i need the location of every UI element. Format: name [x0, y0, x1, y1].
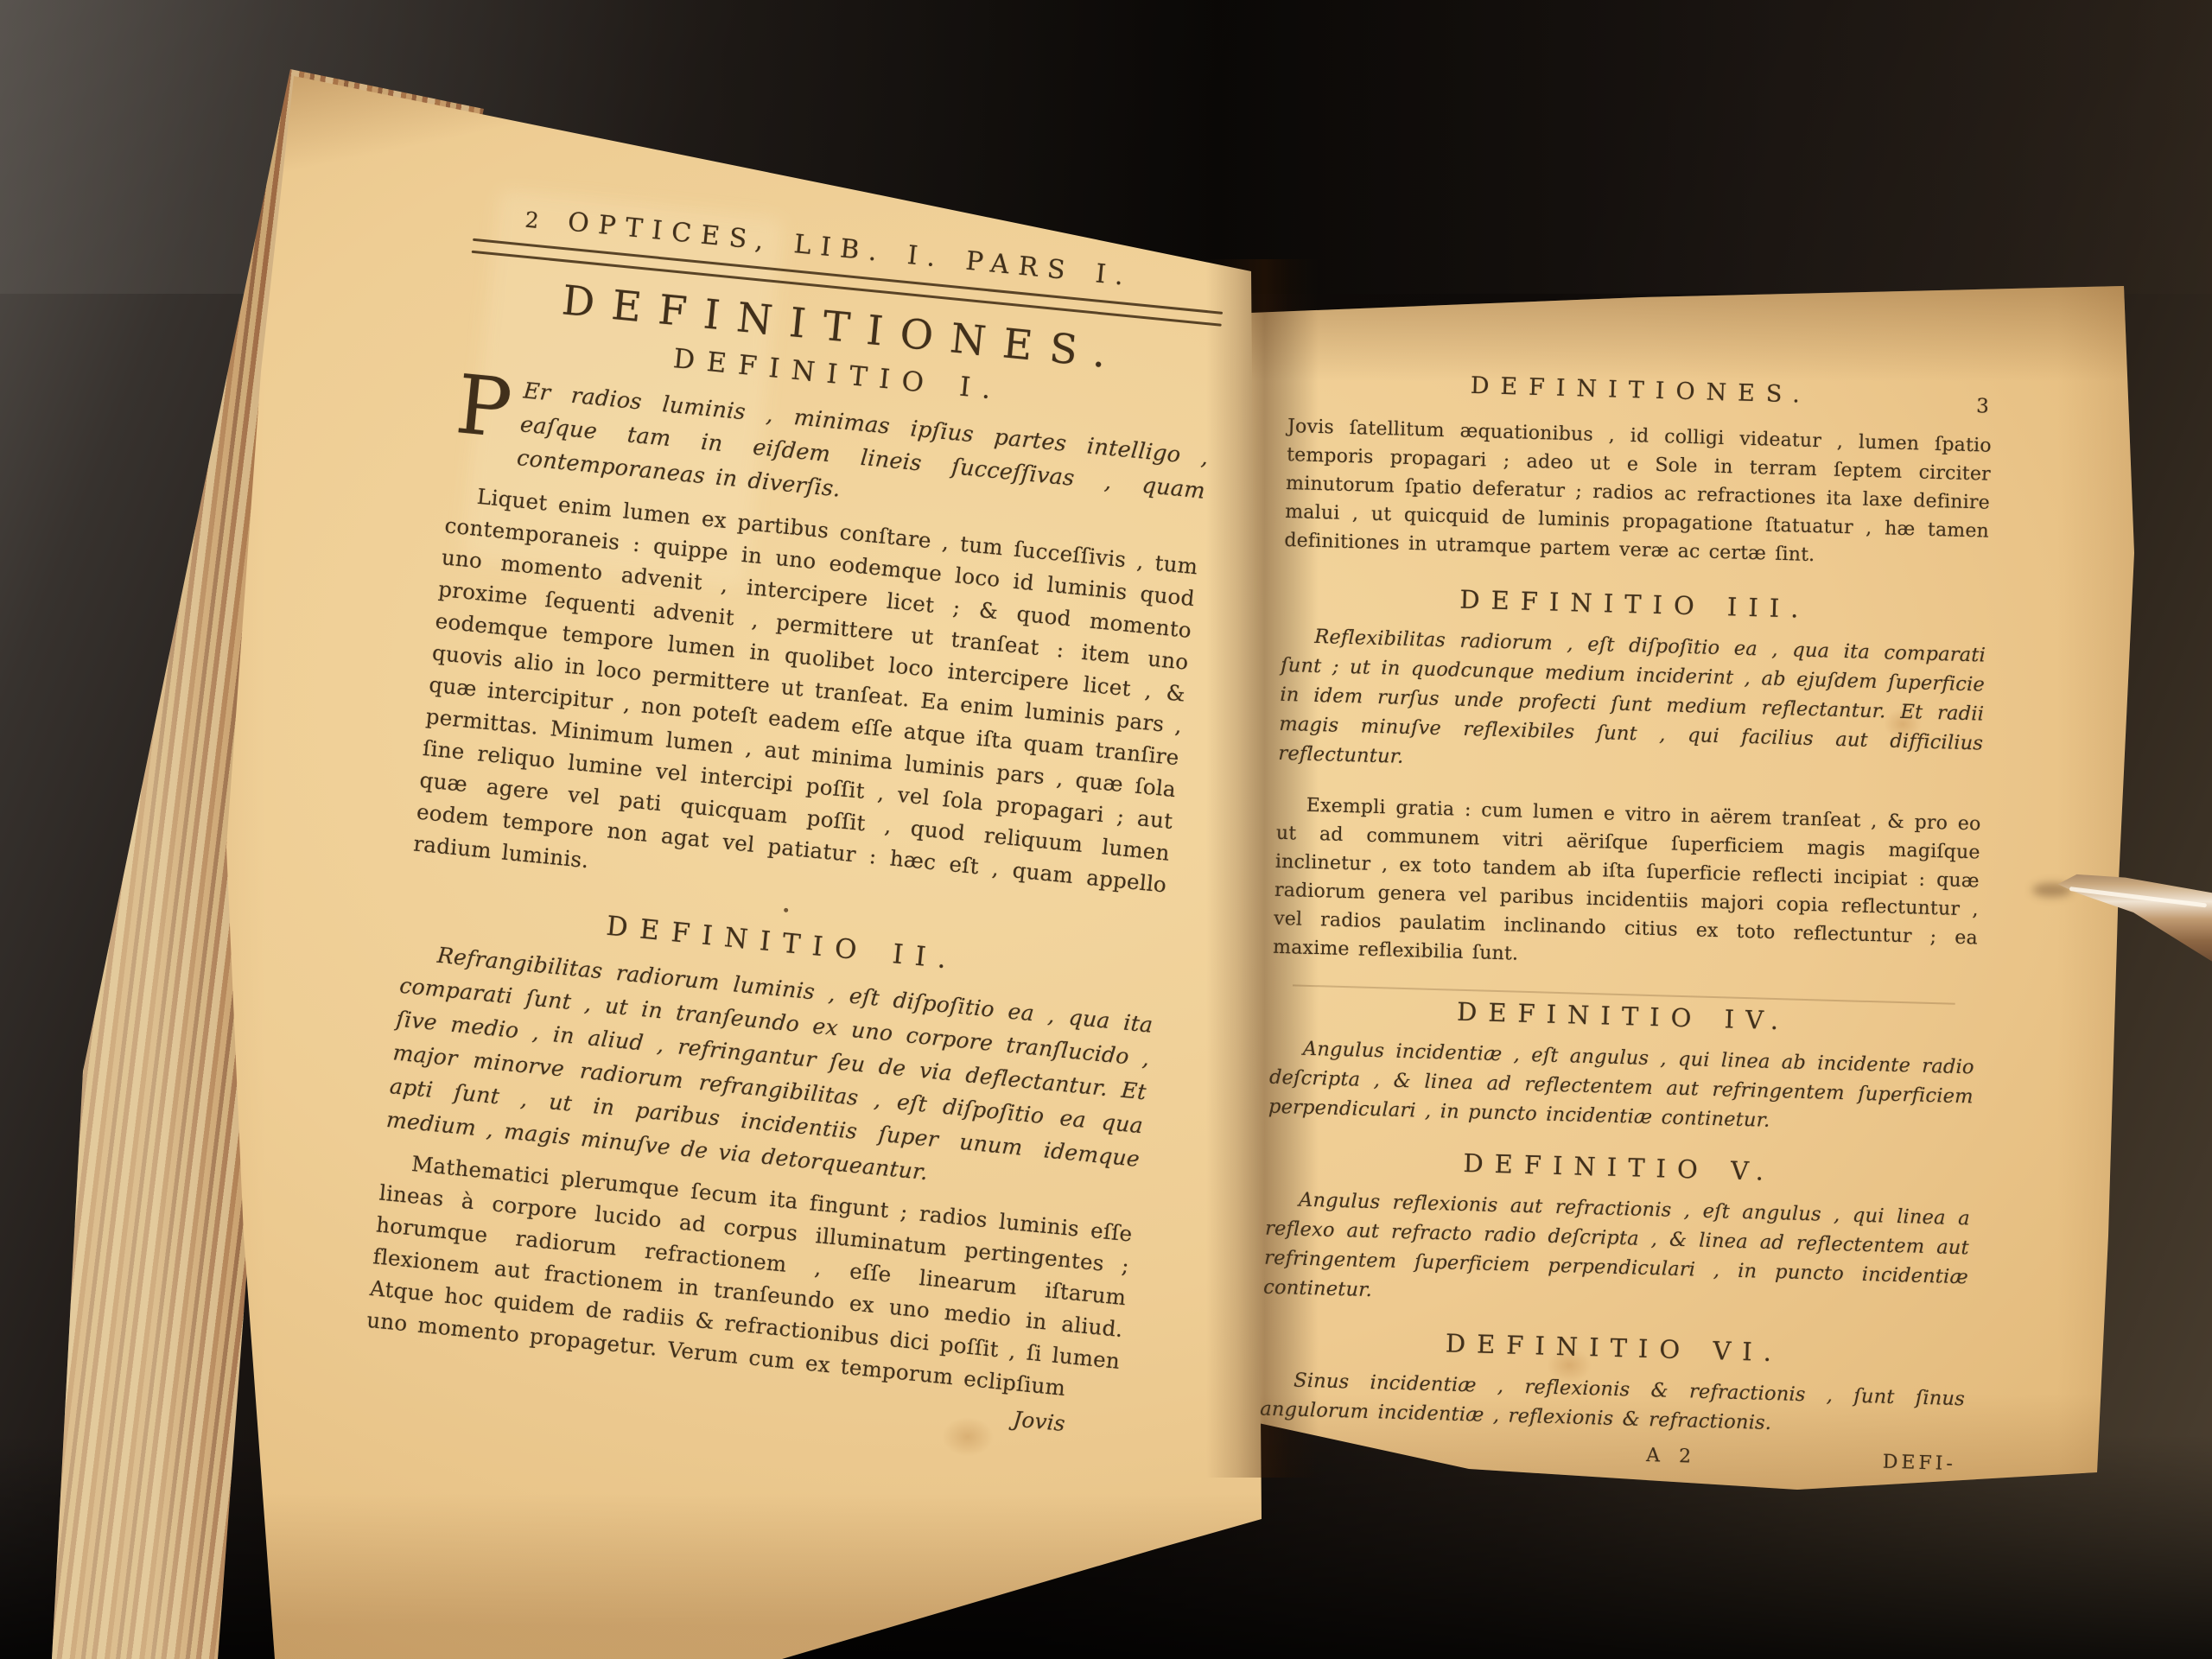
definitio-4-body: Angulus incidentiæ , eſt angulus , qui l…	[1268, 1033, 1975, 1141]
ornament-dot	[783, 908, 787, 912]
right-paragraph-1: Jovis ſatellitum æquationibus , id colli…	[1284, 412, 1992, 575]
definitio-6-body: Sinus incidentiæ , reflexionis & refract…	[1260, 1365, 1966, 1444]
left-paragraph-1: Liquet enim lumen ex partibus conſtare ,…	[412, 477, 1199, 932]
definitio-6-heading: DEFINITIO VI.	[1262, 1325, 1967, 1373]
definitio-5-body: Angulus reflexionis aut refractionis , e…	[1263, 1185, 1970, 1322]
gathering-signature-mark: A 2	[1646, 1441, 1697, 1471]
right-catchword: DEFI-	[1882, 1448, 1956, 1478]
definitio-3-body: Reflexibilitas radiorum , eſt diſpoſitio…	[1278, 621, 1986, 788]
right-paragraph-2: Exempli gratia : cum lumen e vitro in aë…	[1273, 791, 1981, 982]
photo-of-open-antique-book: 2 OPTICES, LIB. I. PARS I. DEFINITIONES.…	[0, 0, 2212, 1659]
left-page-number: 2	[524, 204, 541, 237]
definitio-5-heading: DEFINITIO V.	[1267, 1144, 1972, 1192]
right-page-content: DEFINITIONES. 3 Jovis ſatellitum æquatio…	[1258, 366, 1993, 1484]
right-page-number: 3	[1976, 392, 1990, 421]
drop-cap-initial: P	[454, 373, 514, 442]
left-page-content: 2 OPTICES, LIB. I. PARS I. DEFINITIONES.…	[362, 197, 1227, 1445]
definitio-3-heading: DEFINITIO III.	[1282, 581, 1987, 629]
left-catchword: Jovis	[1012, 1406, 1066, 1436]
